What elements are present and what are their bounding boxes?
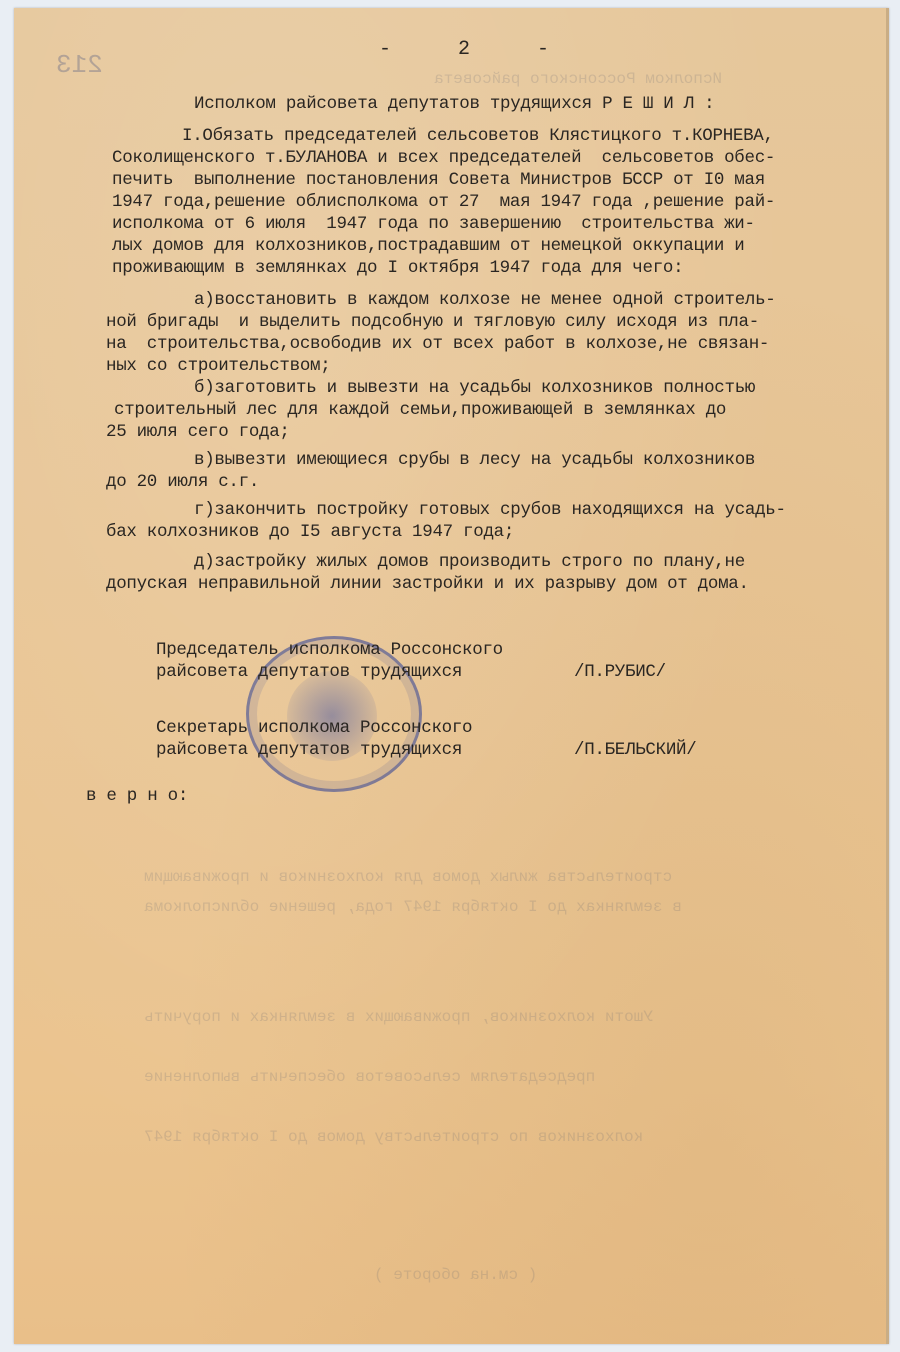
item-b-line: б)заготовить и вывезти на усадьбы колхоз… xyxy=(194,378,755,398)
paragraph-1-line: Соколищенского т.БУЛАНОВА и всех председ… xyxy=(112,148,775,168)
chairman-title: райсовета депутатов трудящихся xyxy=(156,662,462,682)
bleedthrough-text: Ушоти колхозников, проживающих в землянк… xyxy=(144,1008,653,1026)
secretary-name: /П.БЕЛЬСКИЙ/ xyxy=(574,740,696,760)
paragraph-1-line: 1947 года,решение облисполкома от 27 мая… xyxy=(112,192,775,212)
item-b-line: строительный лес для каждой семьи,прожив… xyxy=(114,400,726,420)
reverse-side-note: ( см.на обороте ) xyxy=(374,1266,537,1284)
bleedthrough-text: Исполком Россонского райсовета xyxy=(434,70,722,88)
paragraph-1-line: I.Обязать председателей сельсоветов Кляс… xyxy=(182,126,774,146)
item-v-line: в)вывезти имеющиеся срубы в лесу на усад… xyxy=(194,450,755,470)
page-number: - 2 - xyxy=(379,38,549,61)
paragraph-1-line: исполкома от 6 июля 1947 года по заверше… xyxy=(112,214,755,234)
chairman-title: Председатель исполкома Россонского xyxy=(156,640,503,660)
bleedthrough-text: председателям сельсоветов обеспечить вып… xyxy=(144,1068,595,1086)
document-page: 213 Исполком Россонского райсовета строи… xyxy=(14,8,889,1344)
item-a-line: а)восстановить в каждом колхозе не менее… xyxy=(194,290,776,310)
item-a-line: на строительства,освободив их от всех ра… xyxy=(106,334,769,354)
resolution-heading: Исполком райсовета депутатов трудящихся … xyxy=(194,94,714,114)
bleedthrough-text: колхозников по строительству домов до I … xyxy=(144,1128,643,1146)
archive-number-bleedthrough: 213 xyxy=(56,50,103,80)
item-a-line: ной бригады и выделить подсобную и тягло… xyxy=(106,312,759,332)
certified-mark: в е р н о: xyxy=(86,786,188,806)
secretary-title: райсовета депутатов трудящихся xyxy=(156,740,462,760)
paragraph-1-line: печить выполнение постановления Совета М… xyxy=(112,170,765,190)
item-g-line: г)закончить постройку готовых срубов нах… xyxy=(194,500,786,520)
secretary-title: Секретарь исполкома Россонского xyxy=(156,718,472,738)
bleedthrough-text: строительства жилых домов для колхознико… xyxy=(144,868,672,886)
item-b-line: 25 июля сего года; xyxy=(106,422,290,442)
item-a-line: ных со строительством; xyxy=(106,356,330,376)
item-d-line: допуская неправильной линии застройки и … xyxy=(106,574,749,594)
chairman-name: /П.РУБИС/ xyxy=(574,662,666,682)
bleedthrough-text: в землянках до I октября 1947 года, реше… xyxy=(144,898,682,916)
paragraph-1-line: проживающим в землянках до I октября 194… xyxy=(112,258,683,278)
paragraph-1-line: лых домов для колхозников,пострадавшим о… xyxy=(112,236,745,256)
item-v-line: до 20 июля с.г. xyxy=(106,472,259,492)
item-g-line: бах колхозников до I5 августа 1947 года; xyxy=(106,522,514,542)
item-d-line: д)застройку жилых домов производить стро… xyxy=(194,552,745,572)
